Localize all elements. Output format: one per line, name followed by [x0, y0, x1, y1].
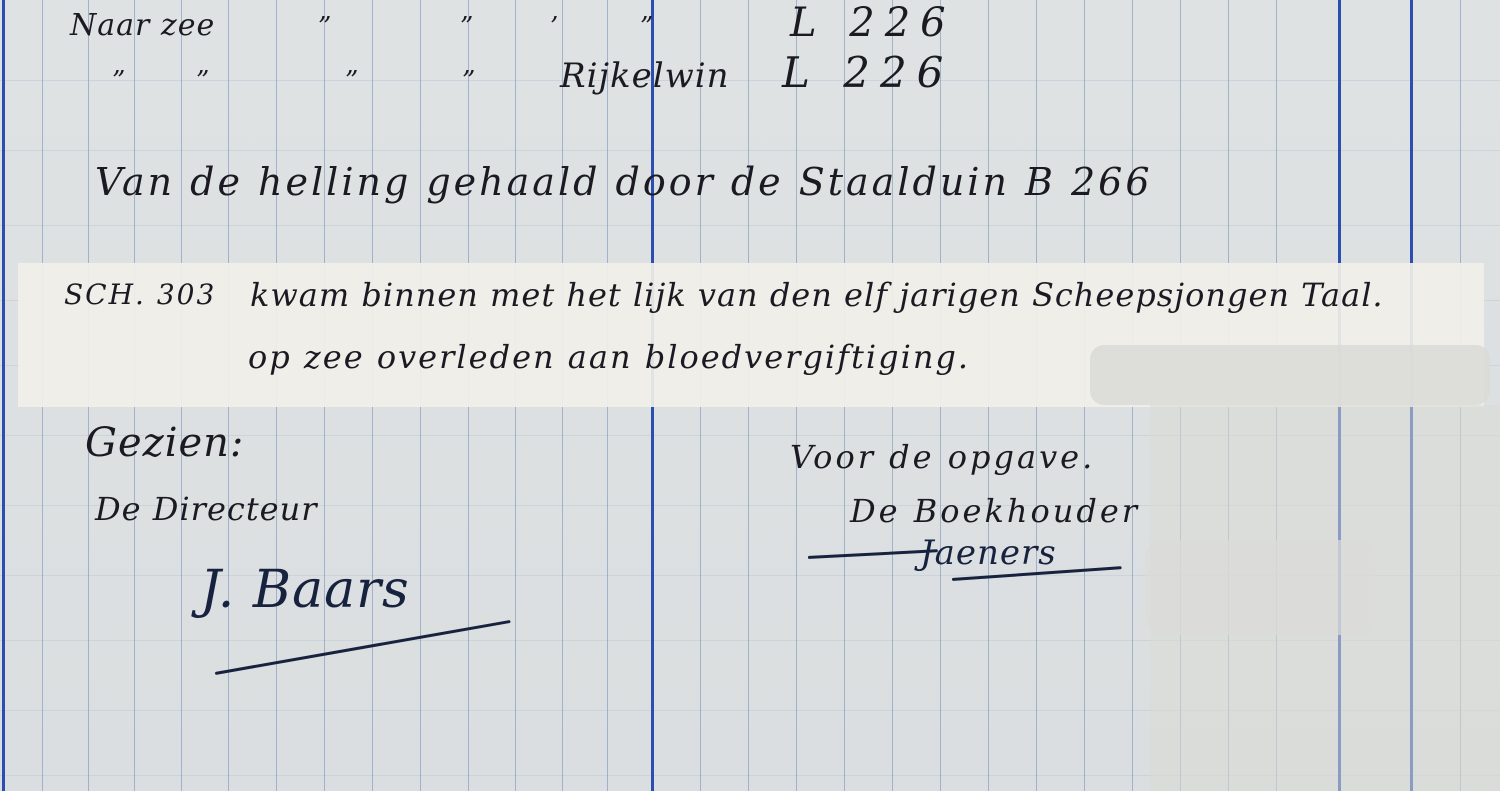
- director-label: De Directeur: [95, 490, 318, 528]
- ditto-mark: ”: [640, 12, 654, 42]
- director-signature: J. Baars: [200, 560, 410, 620]
- erased-patch: [1145, 540, 1375, 635]
- ditto-mark: ”: [196, 66, 210, 96]
- bookkeeper-signature: Jaeners: [920, 533, 1057, 573]
- margin-rule: [2, 0, 5, 791]
- highlighted-entry-code: SCH. 303: [64, 278, 216, 311]
- entry-2-code: L 226: [782, 48, 953, 97]
- entry-1-text: Naar zee: [70, 8, 215, 43]
- seen-label: Gezien:: [85, 420, 244, 466]
- bookkeeper-label: De Boekhouder: [850, 492, 1140, 530]
- director-signature-underline: [215, 620, 511, 675]
- ditto-mark: ’: [550, 12, 559, 42]
- highlighted-entry-line-2: op zee overleden aan bloedvergiftiging.: [248, 338, 970, 376]
- ruling-line: [0, 225, 1500, 226]
- ditto-mark: ”: [462, 66, 476, 96]
- for-declaration-label: Voor de opgave.: [790, 438, 1095, 476]
- erased-patch: [1090, 345, 1490, 405]
- ledger-page: Naar zee ” ” ’ ” L 226 ” ” ” ” Rijkelwin…: [0, 0, 1500, 791]
- ditto-mark: ”: [318, 12, 332, 42]
- ditto-mark: ”: [345, 66, 359, 96]
- ruling-line: [0, 80, 1500, 81]
- ditto-mark: ”: [460, 12, 474, 42]
- entry-1-code: L 226: [790, 0, 956, 46]
- bookkeeper-flourish: [808, 549, 938, 559]
- entry-3-text: Van de helling gehaald door de Staalduin…: [95, 160, 1153, 204]
- highlighted-entry-line-1: kwam binnen met het lijk van den elf jar…: [250, 276, 1384, 314]
- entry-2-text: Rijkelwin: [560, 56, 730, 96]
- ruling-line: [0, 150, 1500, 151]
- ditto-mark: ”: [112, 66, 126, 96]
